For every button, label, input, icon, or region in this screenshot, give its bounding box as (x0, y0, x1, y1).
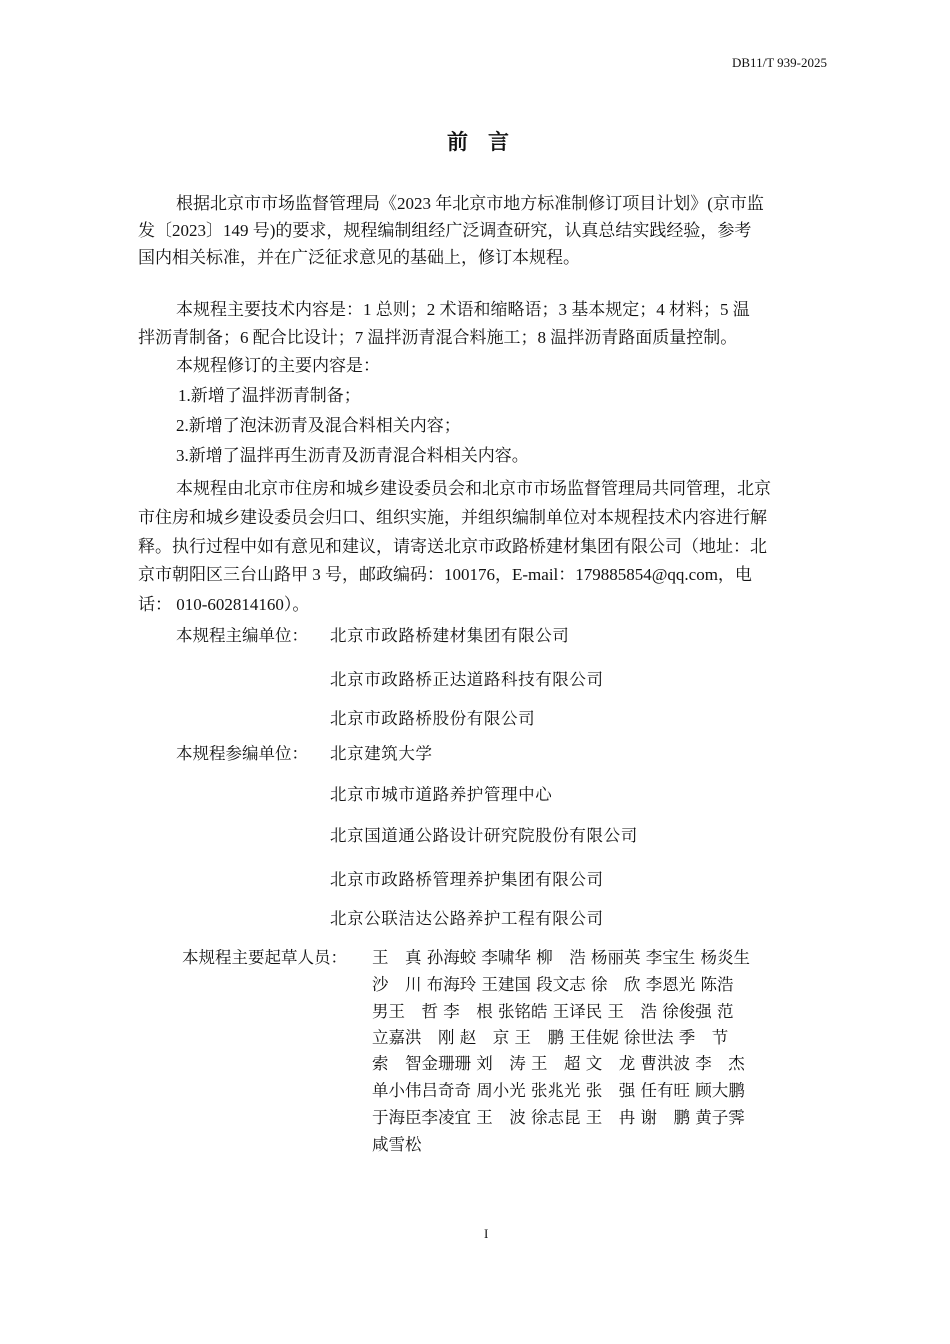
drafters-line: 沙 川 布海玲 王建国 段文志 徐 欣 李恩光 陈浩 (372, 971, 733, 995)
page-number: I (484, 1226, 488, 1242)
revision-intro: 本规程修订的主要内容是： (176, 351, 380, 376)
revision-item: 2.新增了泡沫沥青及混合料相关内容； (176, 411, 461, 436)
participating-unit: 北京国道通公路设计研究院股份有限公司 (330, 822, 638, 846)
participating-unit: 北京市政路桥管理养护集团有限公司 (330, 866, 604, 890)
paragraph-line: 本规程主要技术内容是：1 总则；2 术语和缩略语；3 基本规定；4 材料；5 温 (176, 295, 750, 320)
page-title: 前言 (0, 126, 950, 156)
revision-item: 1.新增了温拌沥青制备； (178, 381, 361, 406)
drafters-line: 立嘉洪 刚 赵 京 王 鹏 王佳妮 徐世法 季 节 (372, 1024, 728, 1048)
revision-item: 3.新增了温拌再生沥青及沥青混合料相关内容。 (176, 441, 529, 466)
paragraph-line: 拌沥青制备；6 配合比设计；7 温拌沥青混合料施工；8 温拌沥青路面质量控制。 (138, 323, 737, 348)
paragraph-line: 国内相关标准，并在广泛征求意见的基础上，修订本规程。 (138, 243, 580, 268)
paragraph-line: 话： 010-602814160）。 (138, 590, 309, 615)
paragraph-line: 市住房和城乡建设委员会归口、组织实施，并组织编制单位对本规程技术内容进行解 (138, 503, 767, 528)
drafters-line: 王 真 孙海蛟 李啸华 柳 浩 杨丽英 李宝生 杨炎生 (372, 944, 750, 968)
participating-unit: 北京建筑大学 (330, 740, 433, 764)
drafters-line: 咸雪松 (372, 1131, 422, 1155)
drafters-line: 索 智金珊珊 刘 涛 王 超 文 龙 曹洪波 李 杰 (372, 1050, 745, 1074)
paragraph-line: 本规程由北京市住房和城乡建设委员会和北京市市场监督管理局共同管理，北京 (176, 474, 771, 499)
chief-units-label: 本规程主编单位： (176, 622, 308, 646)
standard-code: DB11/T 939-2025 (732, 55, 827, 71)
participating-unit: 北京市城市道路养护管理中心 (330, 781, 552, 805)
paragraph-line: 京市朝阳区三台山路甲 3 号，邮政编码：100176，E-mail：179885… (138, 560, 752, 585)
participating-unit: 北京公联洁达公路养护工程有限公司 (330, 905, 604, 929)
chief-unit: 北京市政路桥股份有限公司 (330, 705, 535, 729)
drafters-line: 单小伟吕奇奇 周小光 张兆光 张 强 任有旺 顾大鹏 (372, 1077, 745, 1101)
chief-unit: 北京市政路桥建材集团有限公司 (330, 622, 569, 646)
chief-unit: 北京市政路桥正达道路科技有限公司 (330, 666, 604, 690)
paragraph-line: 根据北京市市场监督管理局《2023 年北京市地方标准制修订项目计划》(京市监 (176, 189, 764, 214)
paragraph-line: 发〔2023〕149 号)的要求，规程编制组经广泛调查研究，认真总结实践经验，参… (138, 216, 751, 241)
drafters-line: 男王 哲 李 根 张铭皓 王译民 王 浩 徐俊强 范 (372, 998, 733, 1022)
drafters-line: 于海臣李凌宜 王 波 徐志昆 王 冉 谢 鹏 黄子霁 (372, 1104, 745, 1128)
participating-units-label: 本规程参编单位： (176, 740, 308, 764)
paragraph-line: 释。执行过程中如有意见和建议，请寄送北京市政路桥建材集团有限公司（地址：北 (138, 532, 767, 557)
drafters-label: 本规程主要起草人员： (182, 944, 347, 968)
